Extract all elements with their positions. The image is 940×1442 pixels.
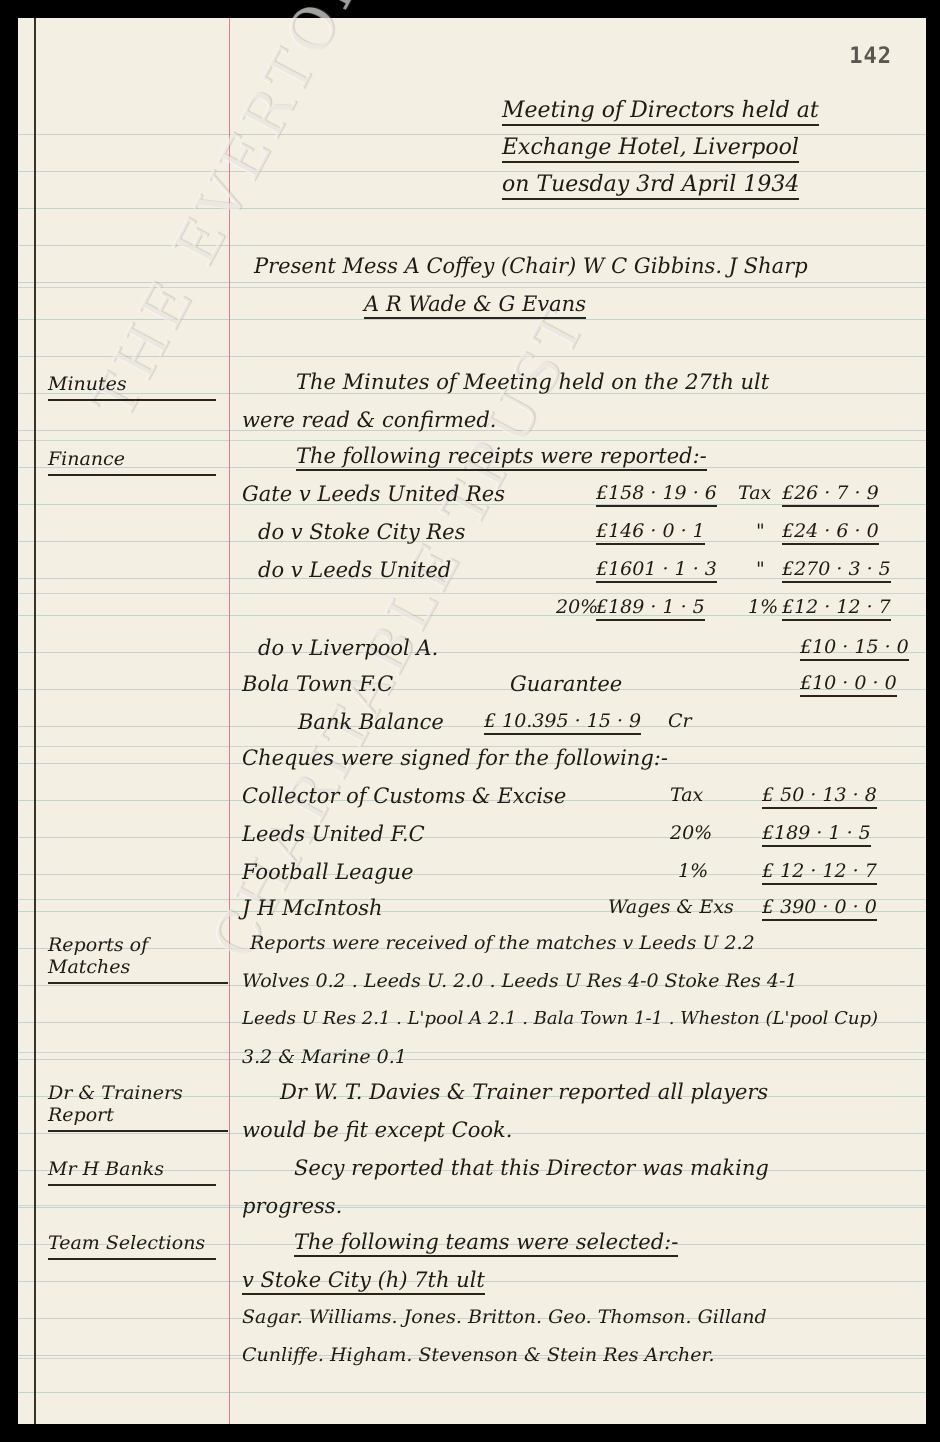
cheque-row-payee: Leeds United F.C [242, 822, 425, 846]
receipt-row-tax: £12 · 12 · 7 [782, 596, 891, 618]
cheque-row-amount: £189 · 1 · 5 [762, 822, 871, 844]
receipt-row-amount: £189 · 1 · 5 [596, 596, 705, 618]
cheque-row-amount: £ 50 · 13 · 8 [762, 784, 877, 806]
cheque-row-payee: J H McIntosh [242, 896, 383, 920]
cheque-row-ref: Tax [670, 784, 703, 806]
receipt-row-desc: do v Liverpool A. [258, 636, 438, 660]
heading-line-3: on Tuesday 3rd April 1934 [502, 172, 799, 197]
team-line-1: The following teams were selected:- [294, 1230, 678, 1254]
cheque-row-ref: Wages & Exs [608, 896, 734, 918]
section-label-finance: Finance [48, 448, 216, 476]
team-line-4: Cunliffe. Higham. Stevenson & Stein Res … [242, 1344, 715, 1366]
receipt-row-desc: Bola Town F.C [242, 672, 393, 696]
receipt-row-tax: £24 · 6 · 0 [782, 520, 879, 542]
receipt-row-amount: £158 · 19 · 6 [596, 482, 717, 504]
cheque-row-payee: Football League [242, 860, 414, 884]
reports-line-2: Wolves 0.2 . Leeds U. 2.0 . Leeds U Res … [242, 970, 798, 992]
cheque-row-ref: 20% [670, 822, 712, 844]
receipt-row-note: 1% [748, 596, 778, 618]
reports-line-4: 3.2 & Marine 0.1 [242, 1046, 407, 1068]
cheque-row-payee: Collector of Customs & Excise [242, 784, 566, 808]
bank-balance-suffix: Cr [668, 710, 692, 732]
team-line-2: v Stoke City (h) 7th ult [242, 1268, 485, 1292]
finance-intro: The following receipts were reported:- [296, 444, 707, 468]
receipt-row-prefix: 20% [556, 596, 598, 618]
section-label-dr-trainers-report: Dr & Trainers Report [48, 1082, 228, 1132]
receipt-row-tax: £270 · 3 · 5 [782, 558, 891, 580]
section-label-reports-of-matches: Reports of Matches [48, 934, 228, 984]
ledger-page: THE EVERTON COLLECTION CHARITABLE TRUST … [18, 18, 926, 1424]
reports-line-3: Leeds U Res 2.1 . L'pool A 2.1 . Bala To… [242, 1008, 878, 1029]
team-line-3: Sagar. Williams. Jones. Britton. Geo. Th… [242, 1306, 767, 1328]
banks-line-1: Secy reported that this Director was mak… [294, 1156, 769, 1180]
present-line-1: Present Mess A Coffey (Chair) W C Gibbin… [254, 254, 808, 278]
cheque-row-amount: £ 390 · 0 · 0 [762, 896, 877, 918]
present-line-2: A R Wade & G Evans [364, 292, 586, 316]
receipt-row-note: " [756, 520, 765, 542]
receipt-row-desc: Gate v Leeds United Res [242, 482, 505, 506]
receipt-row-note: " [756, 558, 765, 580]
section-label-team-selections: Team Selections [48, 1232, 216, 1260]
receipt-row-tax: £10 · 15 · 0 [800, 636, 909, 658]
margin-rule [229, 18, 230, 1424]
heading-line-2: Exchange Hotel, Liverpool [502, 135, 799, 160]
minutes-line-1: The Minutes of Meeting held on the 27th … [296, 370, 769, 394]
reports-line-1: Reports were received of the matches v L… [250, 932, 755, 954]
receipt-row-note: Tax [738, 482, 771, 504]
bank-balance-amount: £ 10.395 · 15 · 9 [484, 710, 641, 732]
banks-line-2: progress. [242, 1194, 342, 1218]
page-number: 142 [849, 44, 892, 69]
bank-balance-label: Bank Balance [298, 710, 444, 734]
dr-report-line-1: Dr W. T. Davies & Trainer reported all p… [280, 1080, 768, 1104]
receipt-row-tax: £26 · 7 · 9 [782, 482, 879, 504]
receipt-row-amount: Guarantee [510, 672, 622, 696]
receipt-row-amount: £1601 · 1 · 3 [596, 558, 717, 580]
dr-report-line-2: would be fit except Cook. [242, 1118, 512, 1142]
section-label-minutes: Minutes [48, 373, 216, 401]
section-label-mr-h-banks: Mr H Banks [48, 1158, 216, 1186]
binding-edge [34, 18, 36, 1424]
heading-line-1: Meeting of Directors held at [502, 98, 819, 123]
receipt-row-tax: £10 · 0 · 0 [800, 672, 897, 694]
cheque-row-amount: £ 12 · 12 · 7 [762, 860, 877, 882]
receipt-row-desc: do v Stoke City Res [258, 520, 465, 544]
cheque-row-ref: 1% [678, 860, 708, 882]
receipt-row-amount: £146 · 0 · 1 [596, 520, 705, 542]
minutes-line-2: were read & confirmed. [242, 408, 496, 432]
receipt-row-desc: do v Leeds United [258, 558, 451, 582]
cheques-intro: Cheques were signed for the following:- [242, 746, 668, 770]
